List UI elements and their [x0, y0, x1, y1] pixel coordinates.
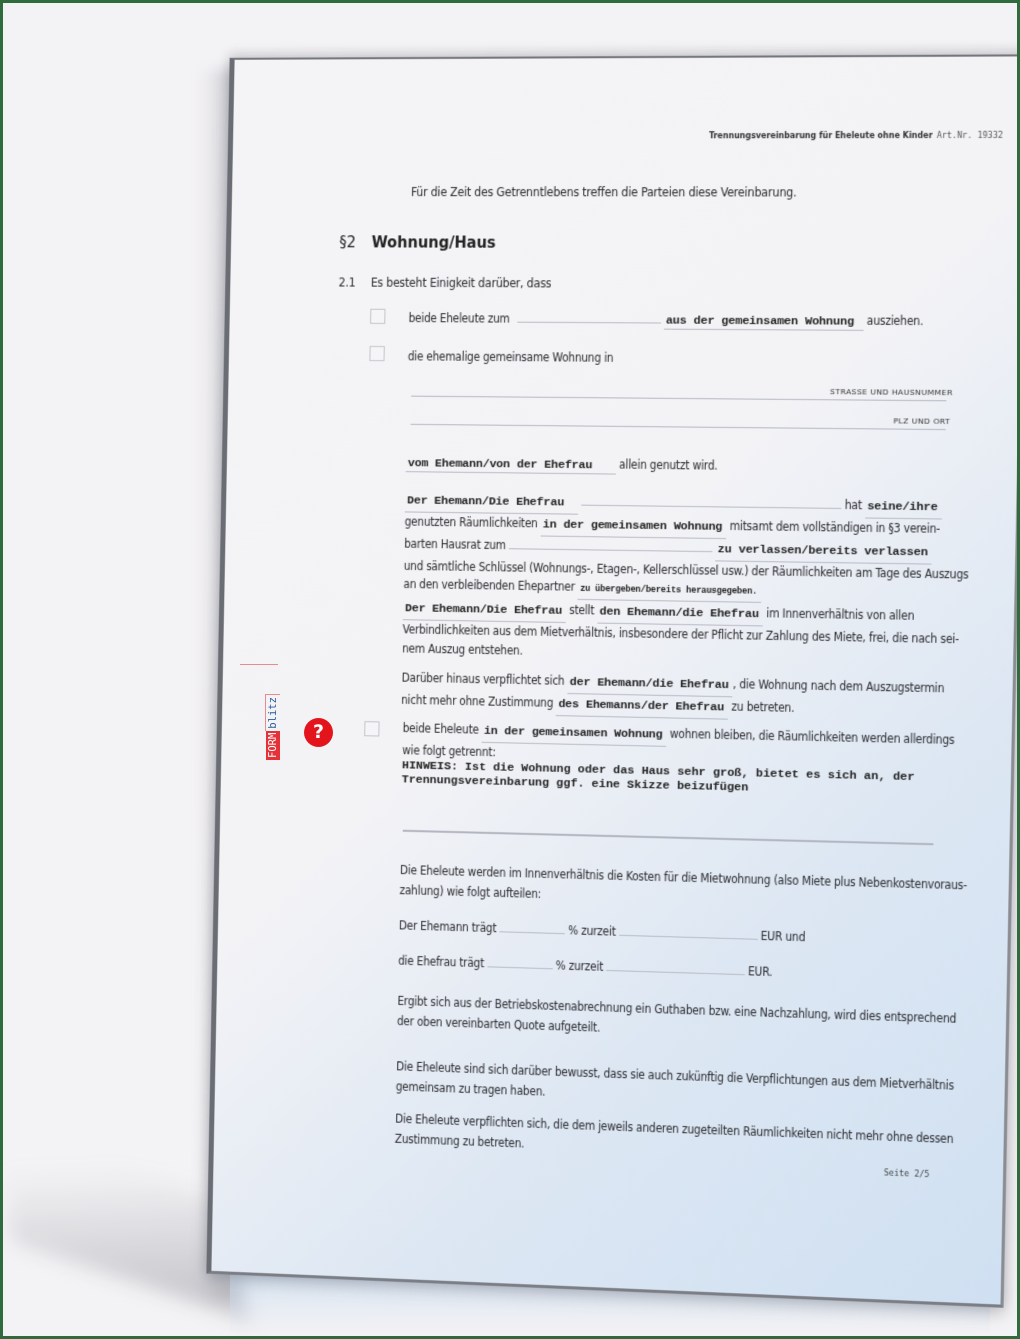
wife-currency: EUR. — [748, 964, 773, 979]
husband-percent-field[interactable] — [499, 930, 564, 934]
document-title: Trennungsvereinbarung für Eheleute ohne … — [709, 131, 933, 142]
party-name-field[interactable] — [581, 504, 841, 509]
user-text: allein genutzt wird. — [619, 457, 718, 472]
text-mitsamt: mitsamt dem vollständigen in §3 verein- — [729, 519, 940, 536]
clause-text: Es besteht Einigkeit darüber, dass — [371, 276, 552, 291]
text-barten: barten Hausrat zum — [404, 537, 506, 553]
city-label: PLZ UND ORT — [893, 416, 950, 426]
text-an: an den verbleibenden Ehepartner — [403, 577, 575, 594]
intro-text: Für die Zeit des Getrenntlebens treffen … — [411, 185, 797, 200]
husband-currency: EUR und — [760, 929, 805, 945]
wife-percent-label: % zurzeit — [556, 958, 604, 974]
husband-cost-row: Der Ehemann trägt % zurzeit EUR und — [399, 918, 806, 944]
option2-paragraph1: Der Ehemann/Die Ehefrau hat seine/ihre g… — [403, 490, 970, 606]
text-before: Darüber hinaus verpflichtet sich — [402, 671, 565, 688]
logo-form: FORM — [266, 731, 280, 760]
possessive-field[interactable]: seine/ihre — [865, 498, 942, 520]
wife-percent-field[interactable] — [487, 965, 552, 969]
obligation-paragraph2: Die Eheleute verpflichten sich, die dem … — [395, 1108, 954, 1169]
option1-field[interactable]: aus der gemeinsamen Wohnung — [664, 314, 864, 330]
obligation-paragraph1: Die Eheleute sind sich darüber bewusst, … — [396, 1056, 955, 1116]
clause-2-1: 2.1Es besteht Einigkeit darüber, dass — [338, 275, 551, 290]
option3-text-before: beide Eheleute — [403, 721, 479, 737]
option1-row: beide Eheleute zum aus der gemeinsamen W… — [408, 311, 923, 331]
document-page: Trennungsvereinbarung für Eheleute ohne … — [206, 54, 1020, 1307]
option3-checkbox[interactable] — [364, 721, 379, 736]
consent-party-field[interactable]: des Ehemanns/der Ehefrau — [556, 695, 728, 720]
party-field[interactable]: Der Ehemann/Die Ehefrau — [405, 492, 579, 514]
text-line2: nicht mehr ohne Zustimmung — [401, 693, 553, 710]
document-header: Trennungsvereinbarung für Eheleute ohne … — [709, 131, 1003, 142]
street-label: STRASSE UND HAUSNUMMER — [830, 387, 953, 397]
option1-checkbox[interactable] — [370, 309, 385, 324]
section-title: Wohnung/Haus — [371, 232, 495, 252]
releasing-party-field[interactable]: Der Ehemann/Die Ehefrau — [403, 599, 566, 623]
husband-label: Der Ehemann trägt — [399, 918, 497, 935]
released-party-field[interactable]: den Ehemann/die Ehefrau — [597, 602, 763, 626]
handover-field[interactable]: zu übergeben/bereits herausgegeben. — [578, 580, 762, 603]
option2-checkbox[interactable] — [369, 346, 384, 361]
city-field[interactable] — [411, 424, 946, 430]
option3-field[interactable]: in der gemeinsamen Wohnung — [482, 722, 667, 747]
logo-blitz: blitz — [265, 694, 280, 731]
option2-paragraph3: Darüber hinaus verpflichtet sich der Ehe… — [401, 669, 944, 725]
text-middle: , die Wohnung nach dem Auszugstermin — [733, 677, 945, 695]
costs-intro: Die Eheleute werden im Innenverhältnis d… — [399, 860, 967, 916]
user-field[interactable]: vom Ehemann/von der Ehefrau — [406, 457, 616, 475]
settlement-paragraph: Ergibt sich aus der Betriebskostenabrech… — [397, 991, 957, 1050]
page-number: Seite 2/5 — [884, 1168, 930, 1179]
option2-text: die ehemalige gemeinsame Wohnung in — [408, 349, 614, 365]
text-stellt: stellt — [569, 603, 594, 618]
husband-percent-label: % zurzeit — [568, 923, 616, 939]
option1-date-field[interactable] — [517, 321, 661, 324]
section-number: §2 — [339, 232, 372, 251]
wife-cost-row: die Ehefrau trägt % zurzeit EUR. — [398, 954, 772, 980]
question-mark-icon[interactable]: ? — [304, 718, 333, 747]
wife-amount-field[interactable] — [606, 969, 744, 975]
formblitz-logo: FORMblitz — [265, 664, 279, 760]
user-row: vom Ehemann/von der Ehefrau allein genut… — [406, 455, 718, 476]
option3-text-after: wohnen bleiben, die Räumlichkeiten werde… — [670, 727, 955, 747]
text-genutzten: genutzten Räumlichkeiten — [405, 514, 538, 530]
article-number: Art.Nr. 19332 — [937, 131, 1003, 140]
clause-number: 2.1 — [338, 275, 371, 289]
option1-text-after: ausziehen. — [867, 313, 924, 328]
section-heading: §2Wohnung/Haus — [339, 232, 496, 252]
location-field[interactable]: in der gemeinsamen Wohnung — [541, 516, 727, 539]
option1-text-before: beide Eheleute zum — [408, 311, 509, 326]
text-rest1: im Innenverhältnis von allen — [766, 606, 914, 623]
move-date-field[interactable] — [509, 547, 713, 552]
wife-label: die Ehefrau trägt — [398, 954, 484, 971]
division-field[interactable] — [403, 830, 934, 846]
text-hat: hat — [845, 498, 862, 513]
husband-amount-field[interactable] — [619, 934, 758, 940]
option2-paragraph2: Der Ehemann/Die Ehefrau stellt den Ehema… — [402, 598, 960, 669]
text-end: zu betreten. — [731, 699, 794, 715]
